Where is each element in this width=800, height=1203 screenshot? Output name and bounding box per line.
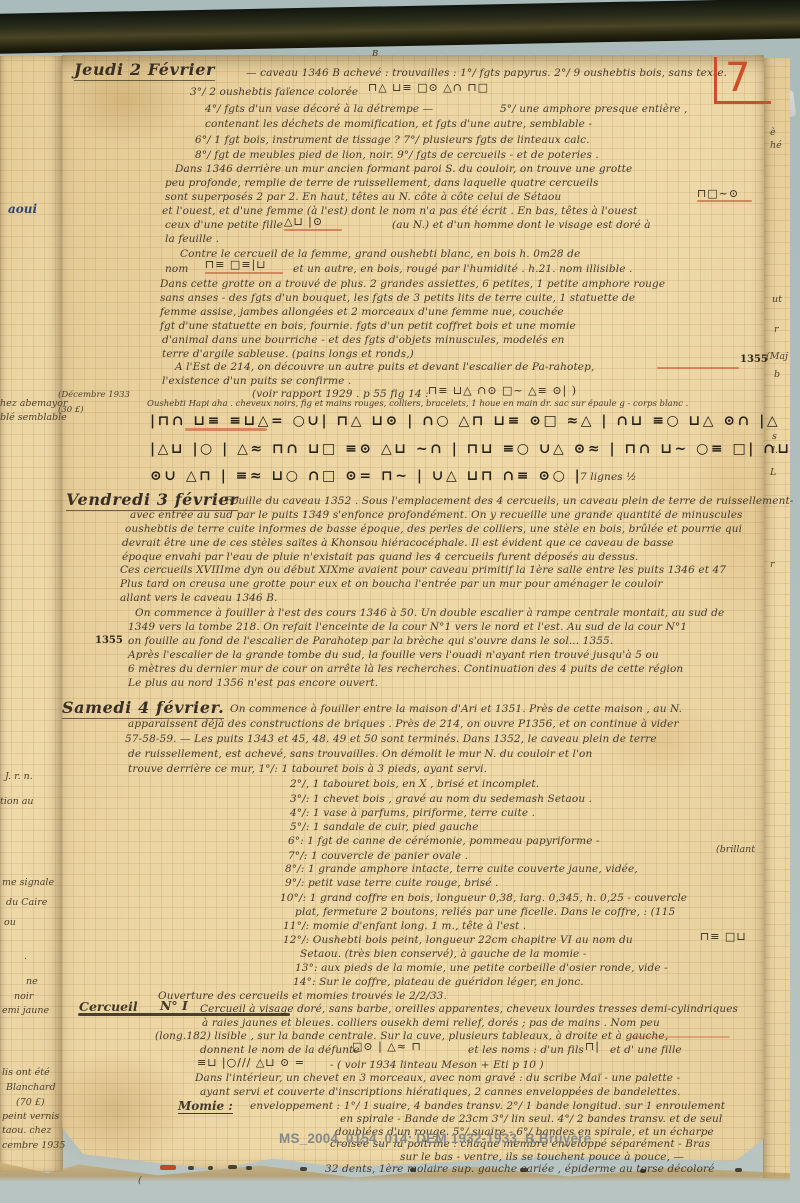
page-number: 7: [714, 57, 771, 104]
manuscript-line: (Décembre 1933: [58, 391, 130, 400]
manuscript-line: 8°/ fgt de meubles pied de lion, noir. 9…: [195, 150, 599, 161]
manuscript-line: A l'Est de 214, on découvre un autre pui…: [175, 362, 594, 373]
ink-edge-mark: [520, 1168, 528, 1172]
manuscript-line: Jeudi 2 Février: [74, 62, 215, 81]
manuscript-line: Oushebti Hapi aha . cheveux noirs, fig e…: [147, 400, 688, 409]
manuscript-line: r: [774, 325, 779, 335]
manuscript-line: |△⊔ |○ | △≈ ⊓∩ ⊔□ ≡⊙ △⊔ ~∩ | ⊓⊔ ≡○ ∪△ ⊙≈…: [150, 442, 792, 456]
manuscript-line: (30 £): [58, 406, 84, 415]
manuscript-line: terre d'argile sableuse. (pains longs et…: [162, 349, 414, 360]
manuscript-line: Après l'escalier de la grande tombe du s…: [128, 650, 659, 661]
manuscript-line: et les noms : d'un fils: [468, 1045, 584, 1056]
manuscript-line: N° I: [160, 1000, 188, 1013]
manuscript-line: Le plus au nord 1356 n'est pas encore ou…: [128, 678, 378, 689]
manuscript-line: allant vers le caveau 1346 B.: [120, 593, 278, 604]
manuscript-line: du Caire: [6, 898, 47, 908]
manuscript-line: 11°/: momie d'enfant long. 1 m., tête à …: [283, 921, 526, 932]
manuscript-line: 1349 vers la tombe 218. On refait l'ence…: [128, 622, 687, 633]
manuscript-line: époque envahi par l'eau de pluie n'exist…: [122, 552, 639, 563]
manuscript-line: et un autre, en bois, rougé par l'humidi…: [293, 264, 632, 275]
manuscript-line: Ouverture des cercueils et momies trouvé…: [158, 991, 447, 1002]
red-underline: [205, 272, 283, 274]
manuscript-line: l'existence d'un puits se confirme .: [162, 376, 351, 387]
manuscript-line: Dans l'intérieur, un chevet en 3 morceau…: [195, 1073, 680, 1084]
manuscript-line: sans anses - des fgts d'un bouquet, les …: [160, 293, 635, 304]
manuscript-line: — caveau 1346 B achevé : trouvailles : 1…: [246, 68, 727, 79]
manuscript-line: s: [772, 432, 777, 442]
manuscript-line: lis ont été: [2, 1068, 50, 1078]
manuscript-line: è: [770, 128, 776, 138]
manuscript-line: 5°/ une amphore presque entière ,: [500, 104, 688, 115]
manuscript-line: me signale: [2, 878, 54, 888]
manuscript-line: tion au: [0, 797, 34, 807]
manuscript-line: 3°/: 1 chevet bois , gravé au nom du sed…: [290, 794, 592, 805]
manuscript-line: Dans cette grotte on a trouvé de plus. 2…: [160, 279, 665, 290]
manuscript-line: L: [770, 468, 776, 478]
manuscript-line: ayant servi et couverte d'inscriptions h…: [200, 1087, 681, 1098]
manuscript-line: donnent le nom de la défunte: [200, 1045, 360, 1056]
manuscript-line: femme assise, jambes allongées et 2 morc…: [160, 307, 564, 318]
manuscript-line: Momie :: [178, 1100, 233, 1114]
red-underline: [657, 367, 739, 369]
manuscript-line: 7 lignes ½: [580, 472, 637, 483]
manuscript-line: Dans 1346 derrière un mur ancien formant…: [175, 164, 632, 175]
manuscript-line: l.: [772, 446, 778, 456]
manuscript-line: blé semblable: [0, 413, 67, 423]
manuscript-line: cembre 1935: [2, 1141, 65, 1151]
manuscript-line: 9°/: petit vase terre cuite rouge, brisé…: [285, 878, 498, 889]
manuscript-line: Samedi 4 février.: [62, 700, 224, 719]
manuscript-line: 6°: 1 fgt de canne de cérémonie, pommeau…: [288, 836, 600, 847]
manuscript-line: peint vernis: [2, 1112, 59, 1122]
manuscript-line: devrait être une de ces stèles saïtes à …: [122, 538, 674, 549]
ink-edge-mark: [735, 1168, 742, 1172]
manuscript-line: Ces cercueils XVIIIme dyn ou début XIXme…: [120, 565, 726, 576]
ink-edge-mark: [188, 1166, 194, 1170]
archive-caption: MS_2004_0154_014: DEM 1932-1933. B.Bruyè…: [279, 1131, 591, 1146]
manuscript-line: plat, fermeture 2 boutons, reliés par un…: [295, 907, 675, 918]
manuscript-line: 12°/: Oushebti bois peint, longueur 22cm…: [283, 935, 633, 946]
manuscript-line: aoui: [8, 203, 37, 215]
manuscript-line: 14°: Sur le coffre, plateau de guéridon …: [293, 977, 584, 988]
manuscript-line: Cercueil: [79, 1001, 138, 1014]
manuscript-line: 2°/, 1 tabouret bois, en X , brisé et in…: [290, 779, 539, 790]
manuscript-line: oushebtis de terre cuite informes de bas…: [125, 524, 742, 535]
manuscript-line: 6°/ 1 fgt bois, instrument de tissage ? …: [195, 135, 590, 146]
manuscript-line: fgt d'une statuette en bois, fournie. fg…: [160, 321, 576, 332]
manuscript-line: 13°: aux pieds de la momie, une petite c…: [295, 963, 668, 974]
manuscript-line: B: [372, 50, 378, 59]
red-underline: [185, 428, 267, 431]
notebook-binding: [0, 0, 800, 54]
next-page-edge: [763, 58, 790, 1178]
manuscript-line: (70 £): [16, 1098, 45, 1108]
manuscript-line: |⊓∩ ⊔≡ ≡⊔△= ○∪| ⊓△ ⊔⊙ | ∩○ △⊓ ⊔≡ ⊙□ ≈△ |…: [150, 414, 780, 428]
ink-edge-mark: [208, 1166, 213, 1170]
manuscript-line: ⊓≡ ⊔△ ∩⊙ □~ △≡ ⊙| ): [428, 385, 577, 396]
manuscript-line: 57-58-59. — Les puits 1343 et 45, 48. 49…: [125, 734, 657, 745]
manuscript-line: à raies jaunes et bleues. colliers ousek…: [202, 1018, 660, 1029]
manuscript-line: ne: [26, 977, 38, 987]
scanned-notebook-page: Jeudi 2 FévrierB— caveau 1346 B achevé :…: [0, 0, 800, 1203]
ink-edge-mark: [300, 1167, 307, 1171]
ink-edge-mark: [228, 1165, 237, 1169]
manuscript-line: △⊔ |⊙: [284, 216, 323, 227]
manuscript-line: 8°/: 1 grande amphore intacte, terre cui…: [285, 864, 638, 875]
manuscript-line: On commence à fouiller à l'est des cours…: [135, 608, 724, 619]
manuscript-line: nom: [165, 264, 188, 275]
manuscript-line: ⊓|: [585, 1041, 600, 1052]
manuscript-line: hé: [770, 141, 782, 151]
manuscript-line: peu profonde, remplie de terre de ruisse…: [165, 178, 598, 189]
manuscript-line: avec entrée au sud par le puits 1349 s'e…: [130, 510, 743, 521]
manuscript-line: la feuille .: [165, 234, 219, 245]
manuscript-line: (: [138, 1176, 142, 1186]
manuscript-line: b: [774, 370, 780, 380]
manuscript-line: on fouille au fond de l'escalier de Para…: [128, 636, 613, 647]
manuscript-line: emi jaune: [2, 1006, 49, 1016]
manuscript-line: J. r. n.: [5, 772, 33, 782]
manuscript-line: 4°/: 1 vase à parfums, piriforme, terre …: [290, 808, 535, 819]
manuscript-line: taou. chez: [2, 1126, 51, 1136]
manuscript-line: r: [770, 560, 775, 570]
manuscript-line: On commence à fouiller entre la maison d…: [230, 704, 682, 715]
red-edge-mark: [160, 1165, 176, 1170]
manuscript-line: (voir rapport 1929 . p 55 fig 14 :: [252, 389, 429, 400]
red-underline: [697, 200, 752, 202]
manuscript-line: (au N.) et d'un homme dont le visage est…: [392, 220, 651, 231]
manuscript-line: ⊓≡ □≡|⊔: [205, 259, 266, 270]
red-underline: [630, 1036, 730, 1038]
red-underline: [284, 229, 342, 231]
manuscript-line: et d' une fille: [610, 1045, 682, 1056]
manuscript-line: ou: [4, 918, 16, 928]
ink-edge-mark: [246, 1166, 252, 1170]
manuscript-line: 3°/ 2 oushebtis faïence colorée: [190, 87, 358, 98]
manuscript-line: d'animal dans une bourriche - et des fgt…: [162, 335, 565, 346]
manuscript-line: 10°/: 1 grand coffre en bois, longueur 0…: [280, 893, 687, 904]
manuscript-line: Blanchard: [6, 1083, 56, 1093]
manuscript-line: 7°/: 1 couvercle de panier ovale .: [288, 851, 468, 862]
ink-rule: [78, 1013, 290, 1016]
manuscript-line: 1355: [740, 355, 768, 365]
manuscript-line: contenant les déchets de momification, e…: [205, 119, 592, 130]
manuscript-line: - Fouille du caveau 1352 . Sous l'emplac…: [218, 496, 793, 507]
manuscript-line: 5°/: 1 sandale de cuir, pied gauche: [290, 822, 479, 833]
manuscript-line: ⊙∪ △⊓ | ≡≈ ⊔○ ∩□ ⊙= ⊓~ | ∪△ ⊔⊓ ∩≡ ⊙○ |: [150, 469, 582, 483]
manuscript-line: noir: [14, 992, 33, 1002]
manuscript-line: 6 mètres du dernier mur de cour on arrêt…: [128, 664, 683, 675]
ink-edge-mark: [410, 1168, 416, 1172]
manuscript-line: ≡⊔ |○/// △⊔ ⊙ =: [197, 1057, 305, 1068]
manuscript-line: □⊙ | △≈ ⊓: [352, 1041, 422, 1052]
manuscript-line: ⊓△ ⊔≡ □⊙ △∩ ⊓□: [368, 82, 489, 93]
manuscript-line: ceux d'une petite fille: [165, 220, 283, 231]
manuscript-line: de ruissellement, est achevé, sans trouv…: [128, 749, 592, 760]
manuscript-line: 1355: [95, 636, 123, 646]
manuscript-line: sur le bas - ventre, ils se touchent pou…: [400, 1152, 684, 1163]
manuscript-line: (Maj: [766, 352, 788, 362]
ink-edge-mark: [640, 1169, 646, 1173]
manuscript-line: (brillant: [716, 845, 755, 855]
manuscript-line: ut: [772, 295, 782, 305]
manuscript-line: enveloppement : 1°/ 1 suaire, 4 bandes t…: [250, 1101, 725, 1112]
manuscript-line: Plus tard on creusa une grotte pour eux …: [120, 579, 663, 590]
manuscript-line: ⊓≡ □⊔: [700, 931, 747, 942]
manuscript-line: apparaissent déjà des constructions de b…: [128, 719, 679, 730]
manuscript-line: et l'ouest, et d'une femme (à l'est) don…: [162, 206, 637, 217]
manuscript-line: en spirale - Bande de 23cm 3°/ lin seul.…: [340, 1114, 722, 1125]
manuscript-line: ⊓□~⊙: [697, 188, 739, 199]
manuscript-line: sont superposés 2 par 2. En haut, têtes …: [165, 192, 561, 203]
manuscript-line: - ( voir 1934 linteau Meson + Eti p 10 ): [330, 1060, 544, 1071]
manuscript-line: .: [24, 952, 27, 962]
manuscript-line: 4°/ fgts d'un vase décoré à la détrempe …: [205, 104, 433, 115]
manuscript-line: Setaou. (très bien conservé), à gauche d…: [300, 949, 587, 960]
manuscript-line: trouve derrière ce mur, 1°/: 1 tabouret …: [128, 764, 487, 775]
